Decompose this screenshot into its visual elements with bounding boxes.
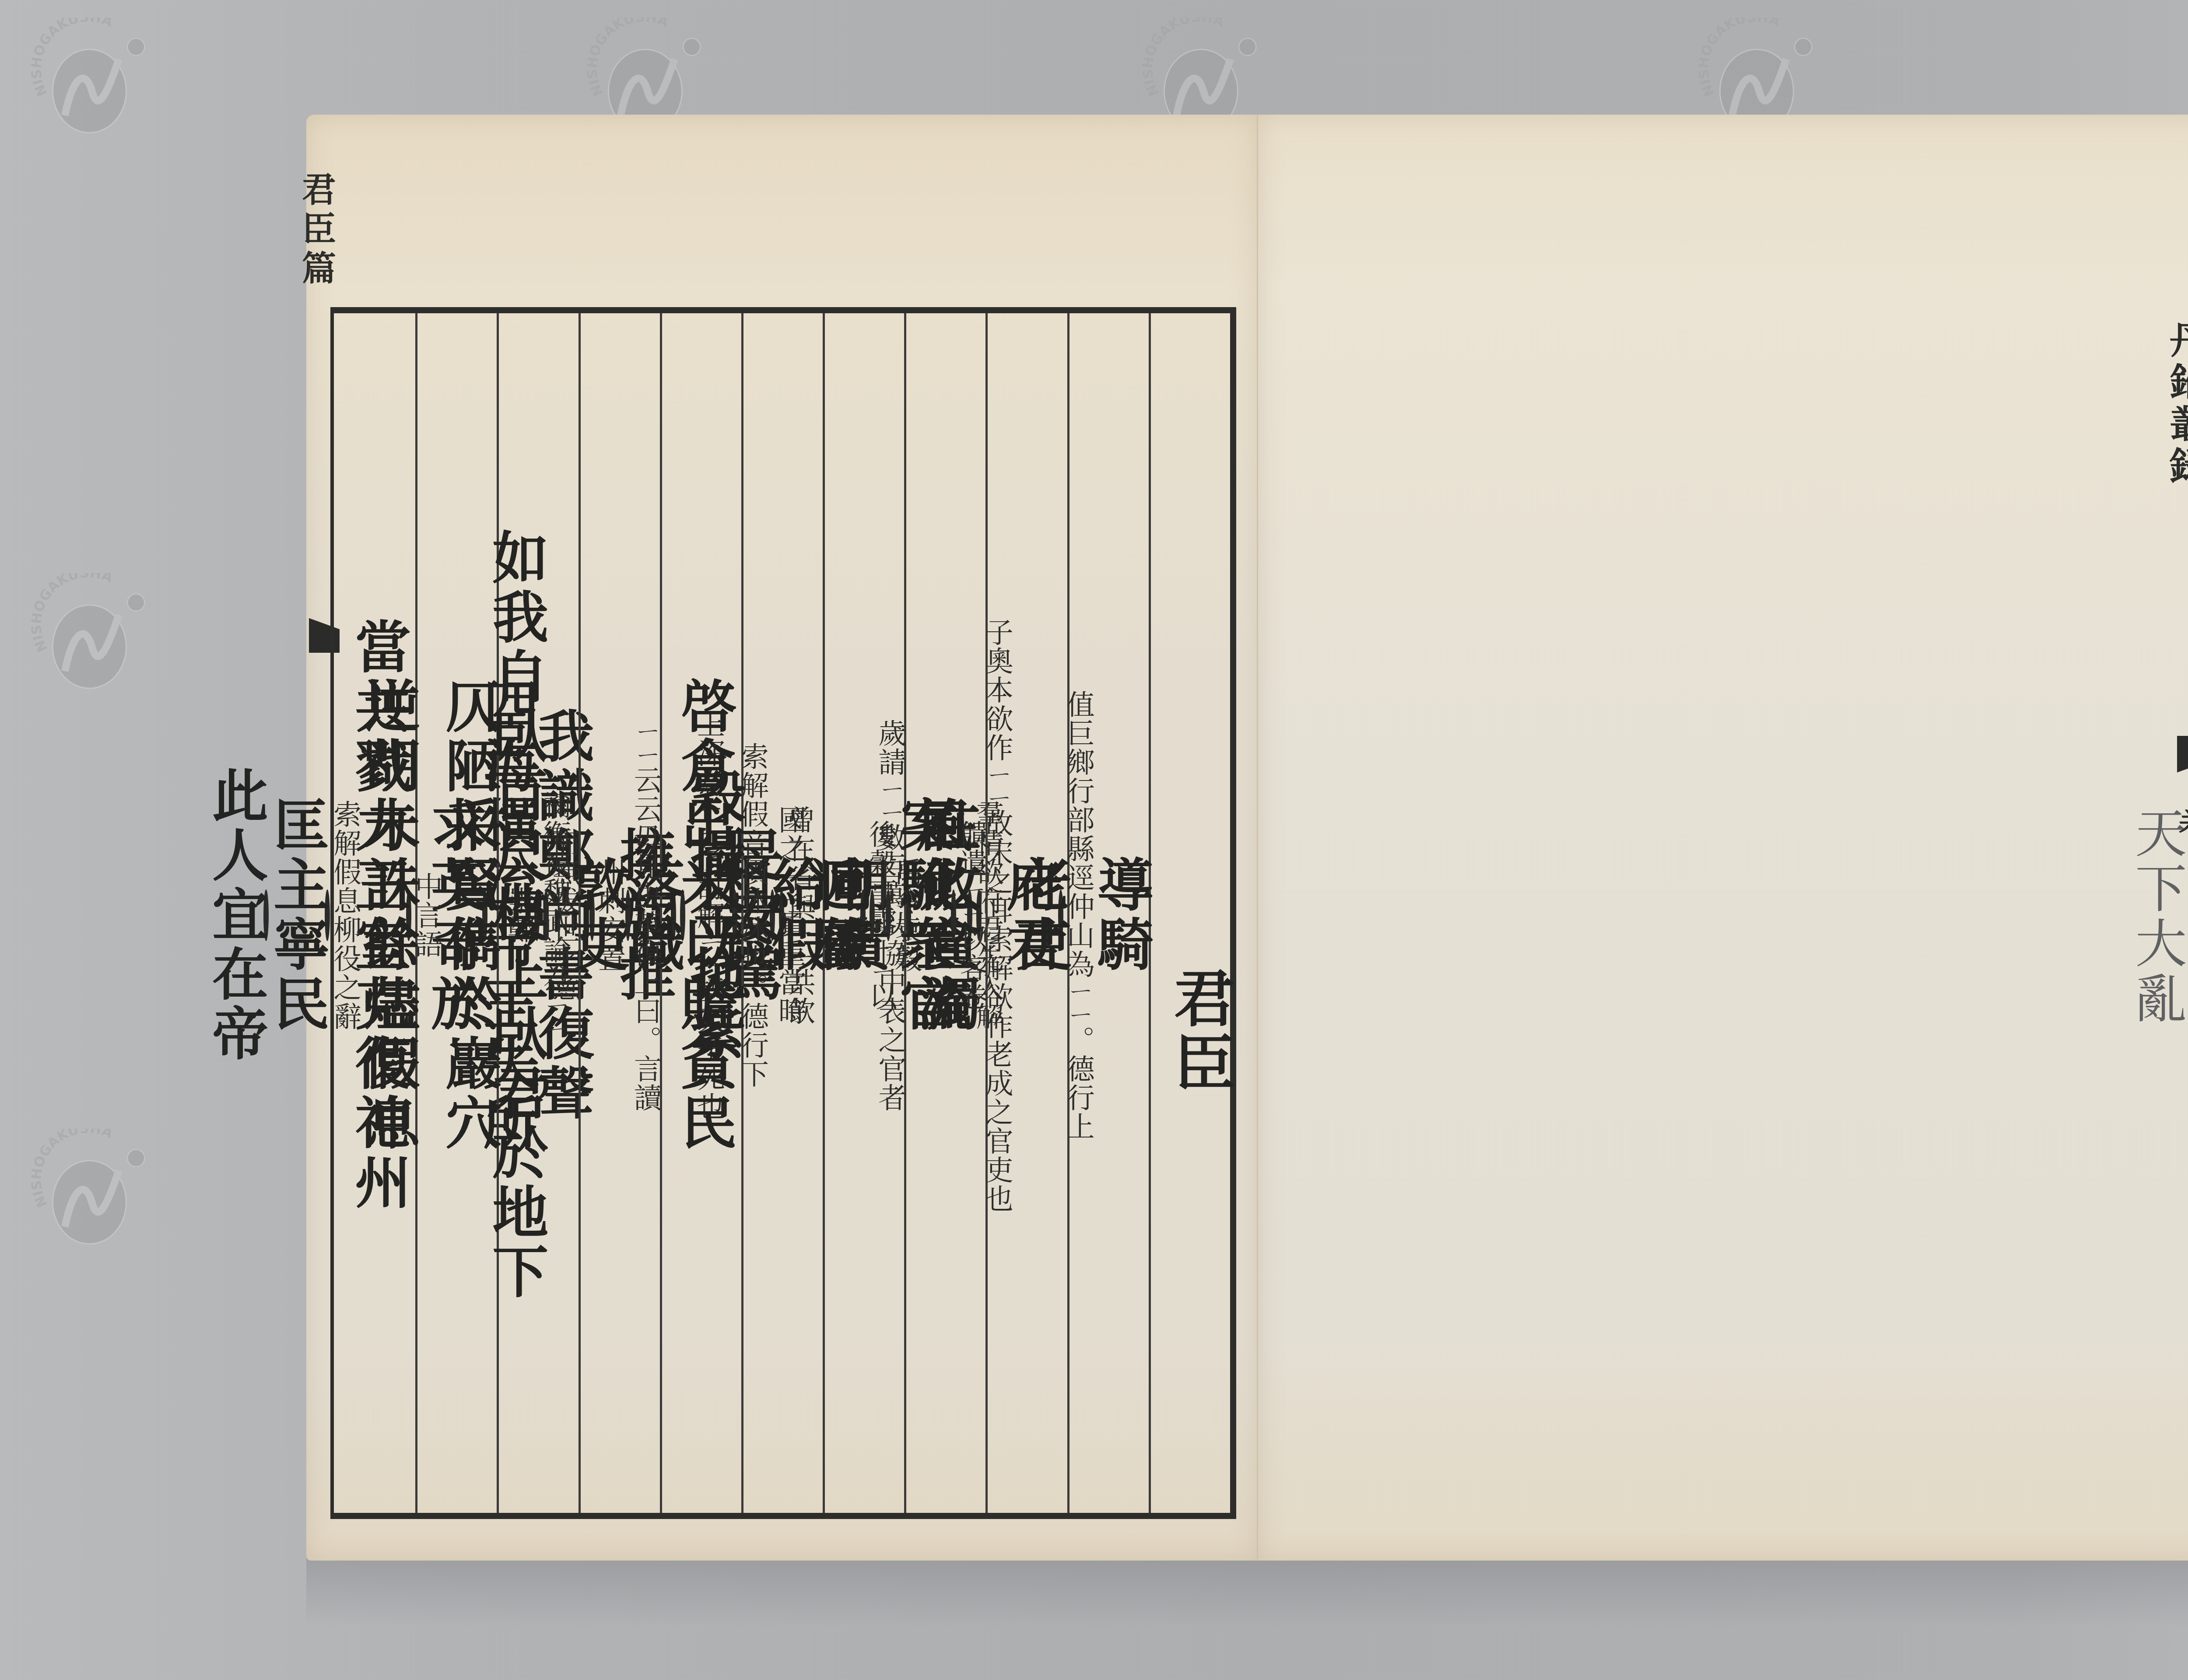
text-column: 老吏子奧本欲作ㄧㄧ故宋之耳索解欲作老成之官吏也在政貪濁禹令袁穀朝貴 xyxy=(985,313,1067,1513)
text-column: 逆胡未誅餘燼假息索解假息柳役之辭匡主寧民此人宜在帝 xyxy=(334,313,415,1513)
headword: 老吏 xyxy=(1011,856,1067,975)
headword: 給假 xyxy=(767,856,823,975)
headword: 仄陋采賢儁於巖穴 xyxy=(441,677,497,1153)
headword: 逆胡未誅餘燼假息 xyxy=(359,677,415,1153)
text-column: 而無拔世之意如我自臥百尺樓上臥君於地下求英奇於 xyxy=(497,313,578,1513)
book-shadow xyxy=(306,1557,2188,1627)
headword: 君臣 xyxy=(1169,966,1230,1096)
text-column: 導騎值巨鄉行部縣逕仲山為ㄧㄧ。德行上府君羣情欲府君先入解風化宣流 xyxy=(1067,313,1149,1513)
annotation: ㄧㄧ云云毋見虫革復上曰。言讀 xyxy=(631,719,660,1112)
text-column: 穀攝金拖紫落職州刺安置我識鄭尚書復聲崇鄭 xyxy=(660,313,741,1513)
headword: 此人宜在帝 xyxy=(207,766,263,1064)
fishtail-mark xyxy=(2177,736,2188,784)
watermark-logo-icon: NISHOGAKUSHA xyxy=(31,17,153,140)
headword: 穀攝金拖紫 xyxy=(685,766,741,1064)
text-column: 君臣 xyxy=(1149,313,1230,1513)
open-book: 君臣篇 君臣導騎值巨鄉行部縣逕仲山為ㄧㄧ。德行上府君羣情欲府君先入解風化宣流老吏… xyxy=(306,115,2188,1561)
headword: 導騎 xyxy=(1093,856,1149,975)
text-column: 仄陋采賢儁於巖穴中言語當共戮力王室克復神州 xyxy=(415,313,497,1513)
text-column: ㄧㄧ云云毋見虫革復上曰。言讀敦吏禰衡被魏武論為ㄧㄧ四海橫流帝王失所 xyxy=(579,313,660,1513)
text-column: 歲請ㄧㄧ數百萬以協中表之官者同僚曾在省與ㄧㄧ共飲旻安駕上深為ㄧㄧ後討解ㄧㄧ語天子… xyxy=(823,313,904,1513)
annotation: 歲請ㄧㄧ數百萬以協中表之官者 xyxy=(875,719,904,1112)
right-page: 銅柱揚雄交趾界在之西文綫石綫文織經之系文石也虞泉日入玄之地朝入也陽侯波陽國侯溺死… xyxy=(1258,115,2188,1561)
text-column: 給假索解假音價休沐也。德行下啓倉出米以贍貧民擁旋推 xyxy=(741,313,823,1513)
annotation: 而無拔世之意 xyxy=(549,829,578,1002)
headword: 天下大亂 xyxy=(2131,806,2183,1027)
text-column: 饋遺ㄧㄧ以客卷案驗衆官後穀事露ㄧㄧ以近屬國之ㄧㄧ貴重當時租錢 xyxy=(904,313,985,1513)
headword: 匡主寧民 xyxy=(269,796,325,1034)
watermark-logo-icon: NISHOGAKUSHA xyxy=(31,573,153,696)
left-page-frame: 君臣導騎值巨鄉行部縣逕仲山為ㄧㄧ。德行上府君羣情欲府君先入解風化宣流老吏子奧本欲… xyxy=(330,307,1236,1519)
annotation: 饋遺ㄧㄧ以客卷 xyxy=(956,820,985,1011)
left-edge-title: 君臣篇 xyxy=(310,171,340,290)
spine-volume: 卷 xyxy=(2178,797,2188,850)
annotation: 索解假息柳役之辭 xyxy=(330,800,359,1031)
left-page: 君臣篇 君臣導騎值巨鄉行部縣逕仲山為ㄧㄧ。德行上府君羣情欲府君先入解風化宣流老吏… xyxy=(306,115,1258,1561)
watermark-logo-icon: NISHOGAKUSHA xyxy=(31,1129,153,1251)
